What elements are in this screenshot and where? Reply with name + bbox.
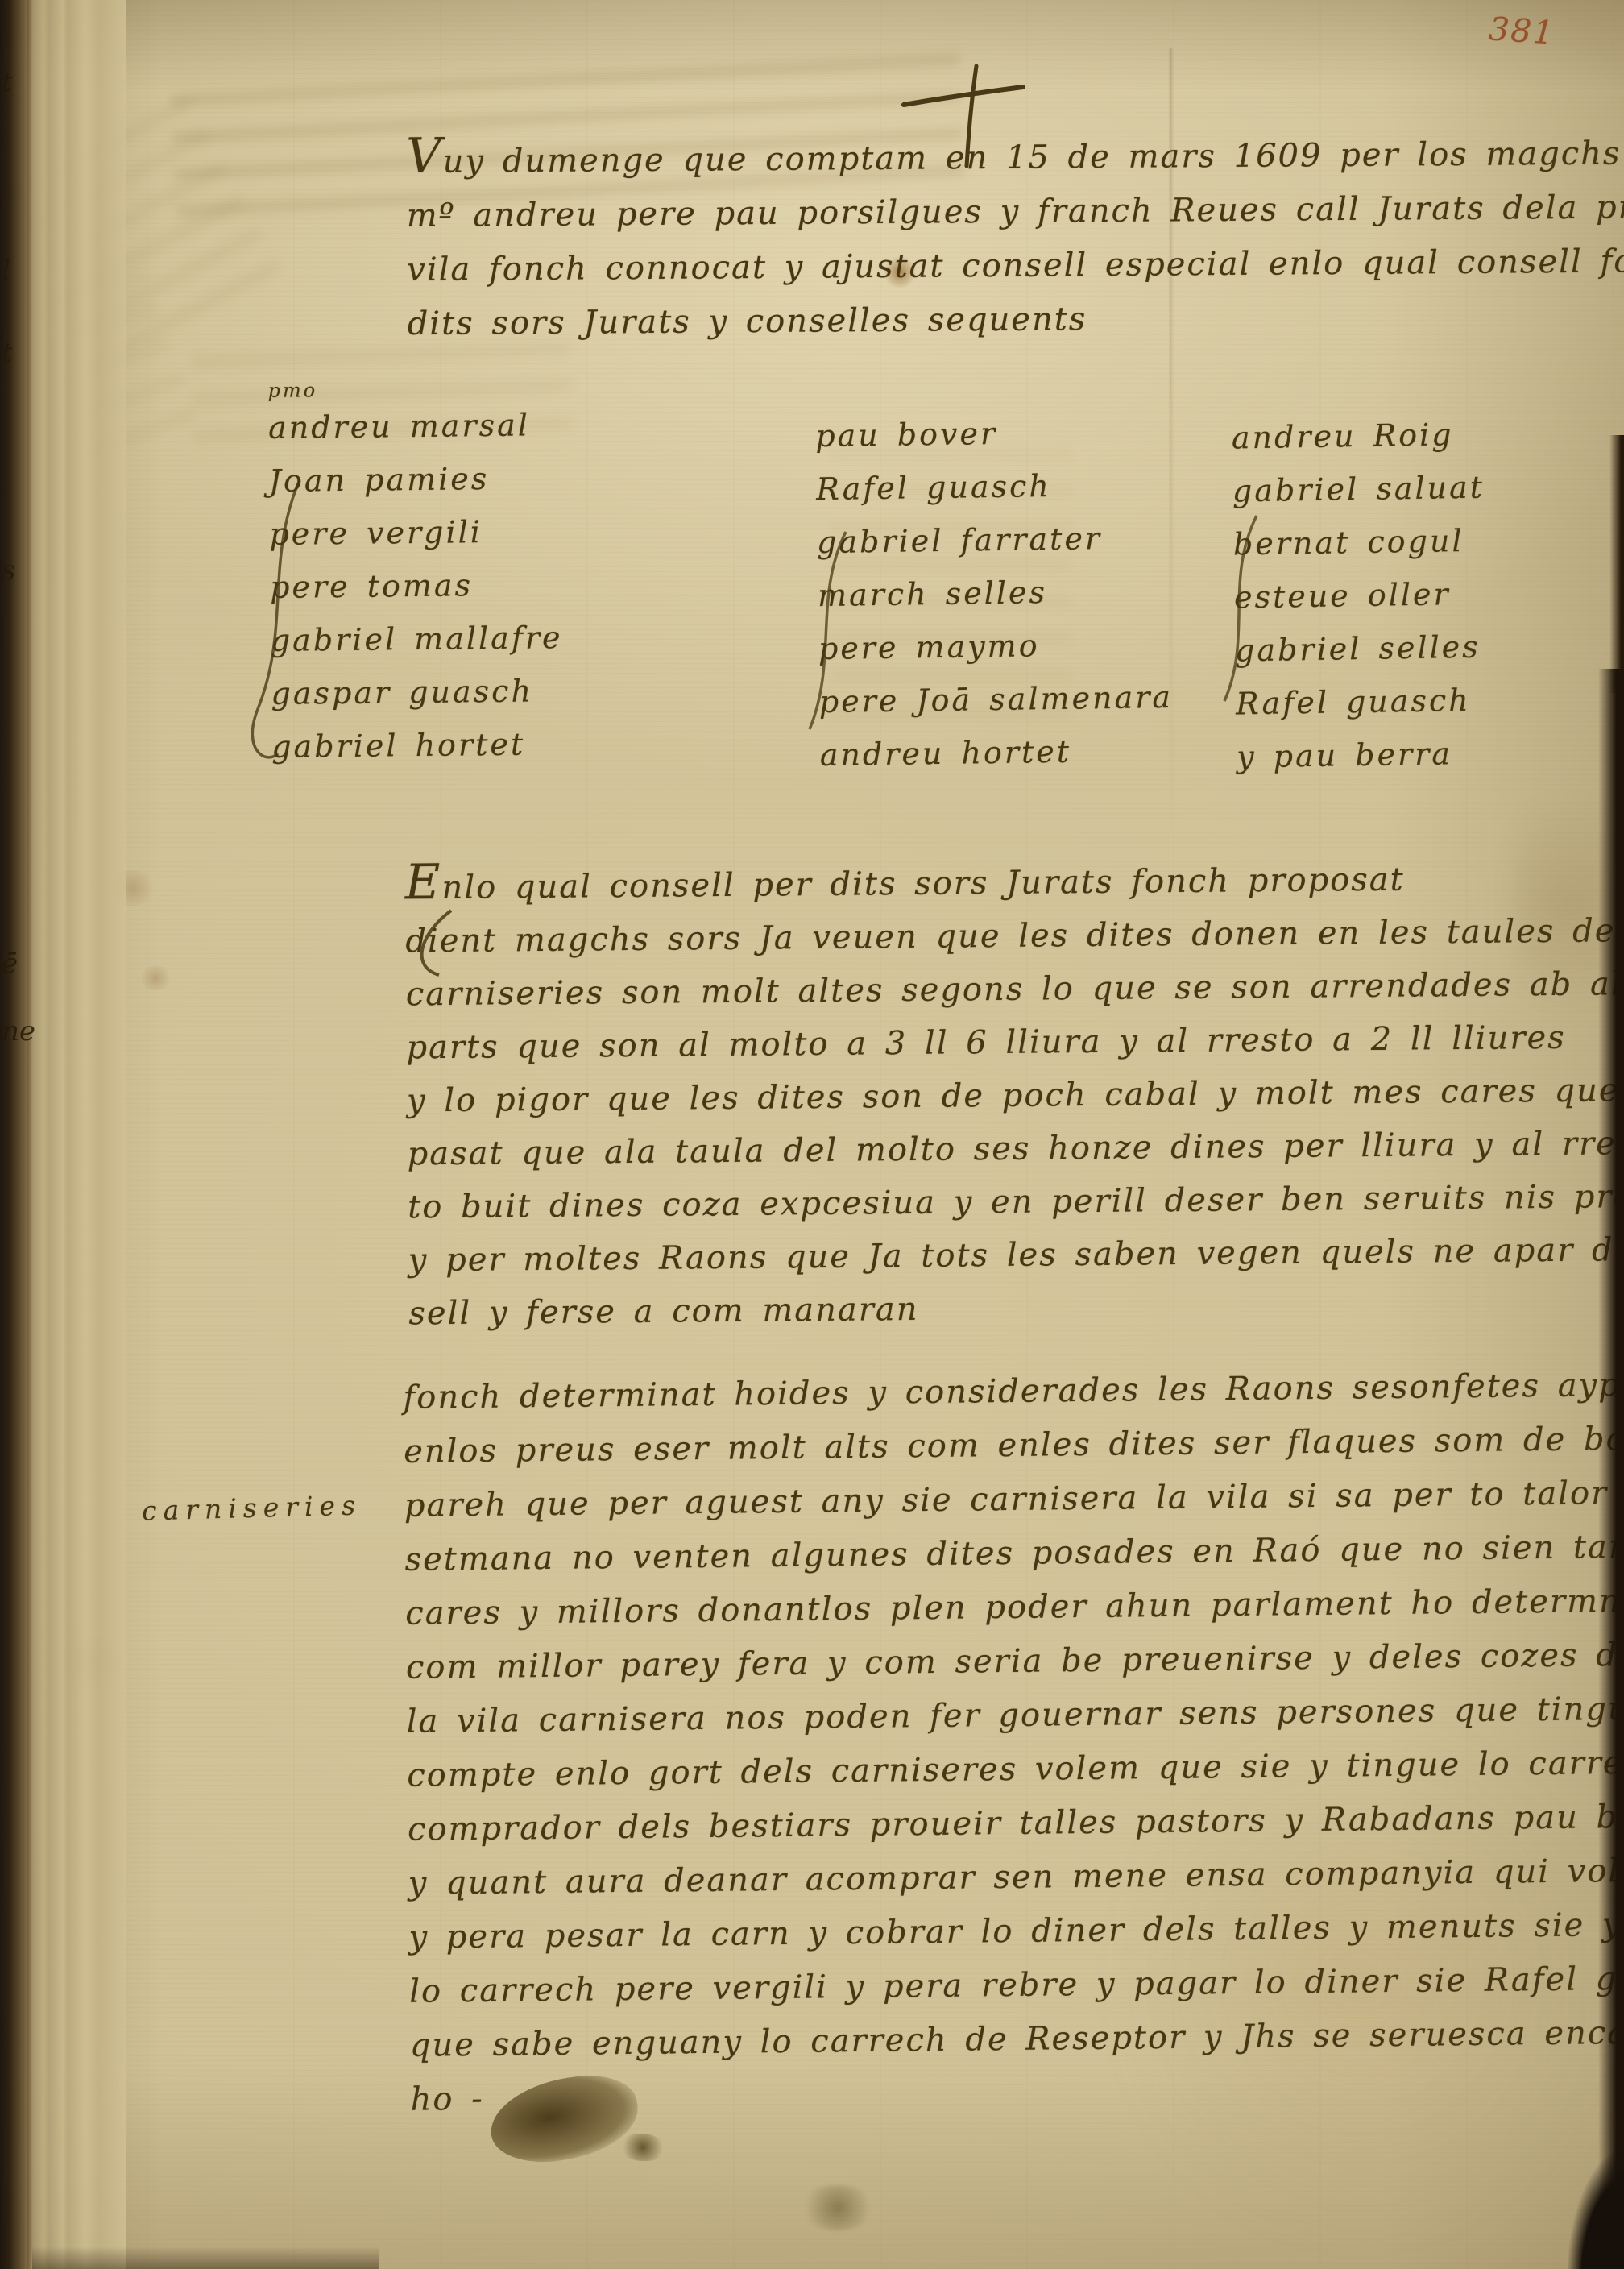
manuscript-line: vila fonch connocat y ajustat consell es… xyxy=(407,235,1575,297)
foxing-spot xyxy=(139,965,172,991)
councillor-name: march selles xyxy=(818,564,1172,622)
edge-glyph: l xyxy=(2,255,10,287)
councillor-name: gabriel mallafre xyxy=(270,611,562,667)
resolution-paragraph: fonch determinat hoides y considerades l… xyxy=(403,1358,1611,2127)
councillor-name: gabriel saluat xyxy=(1232,461,1485,518)
councillor-name: andreu marsal xyxy=(268,398,561,454)
manuscript-page: 381 Vuy dumenge que comptam en 15 de mar… xyxy=(0,0,1624,2269)
margin-note-carniseries: carniseries xyxy=(142,1489,362,1526)
manuscript-line: y per moltes Raons que Ja tots les saben… xyxy=(408,1224,1593,1288)
proposal-paragraph: Enlo qual consell per dits sors Jurats f… xyxy=(404,846,1593,1341)
councillor-name: gabriel selles xyxy=(1235,620,1488,678)
folio-edges xyxy=(23,0,126,2269)
header-paragraph: Vuy dumenge que comptam en 15 de mars 16… xyxy=(406,122,1576,351)
manuscript-line: mº andreu pere pau porsilgues y franch R… xyxy=(407,181,1575,243)
manuscript-line: Enlo qual consell per dits sors Jurats f… xyxy=(404,846,1589,915)
edge-glyph: s xyxy=(2,554,15,587)
names-column-3: andreu Roig gabriel saluat bernat cogul … xyxy=(1231,408,1489,784)
councillor-name: pere maymo xyxy=(818,617,1172,675)
edge-glyph: t xyxy=(2,66,13,98)
councillor-name: Rafel guasch xyxy=(1236,674,1489,731)
councillor-name: esteue oller xyxy=(1234,567,1487,624)
councillor-name: pau bover xyxy=(815,404,1170,463)
councillor-name: bernat cogul xyxy=(1232,514,1485,571)
names-column-2: pau bover Rafel guasch gabriel farrater … xyxy=(815,404,1174,782)
edge-glyph: ē xyxy=(2,948,18,980)
names-column-1: pmo andreu marsal Joan pamies pere vergi… xyxy=(267,377,564,774)
councillor-name: Rafel guasch xyxy=(816,458,1170,516)
page-right-edge xyxy=(1609,435,1624,693)
folio-number: 381 xyxy=(1487,10,1556,52)
edge-glyph: ne xyxy=(2,1015,35,1047)
page-bottom-shadow xyxy=(32,2246,379,2269)
manuscript-line: sell y ferse a com manaran xyxy=(408,1277,1593,1341)
smudge xyxy=(799,2185,876,2230)
councillor-name: pere vergili xyxy=(269,504,561,561)
edge-glyph: t xyxy=(2,337,13,369)
page-right-edge xyxy=(1598,669,1624,2269)
councillor-name: gabriel farrater xyxy=(817,511,1171,569)
manuscript-scan: { "page": { "folio_number": "381" }, "he… xyxy=(0,0,1624,2269)
ink-blot-small xyxy=(620,2134,665,2161)
councillor-name: Joan pamies xyxy=(268,451,561,508)
councillor-name: andreu Roig xyxy=(1231,408,1484,465)
page-corner-shadow xyxy=(1568,2148,1624,2269)
councillor-name: y pau berra xyxy=(1237,727,1489,784)
manuscript-line: Vuy dumenge que comptam en 15 de mars 16… xyxy=(406,122,1574,189)
primo-abbreviation: pmo xyxy=(267,377,560,401)
councillor-name: pere tomas xyxy=(270,558,562,614)
councillor-name: gaspar guasch xyxy=(271,664,563,720)
manuscript-line: dits sors Jurats y conselles sequents xyxy=(408,289,1576,351)
councillor-name: gabriel hortet xyxy=(271,717,564,774)
councillor-name: pere Joā salmenara xyxy=(818,670,1173,728)
councillor-name: andreu hortet xyxy=(819,724,1174,782)
